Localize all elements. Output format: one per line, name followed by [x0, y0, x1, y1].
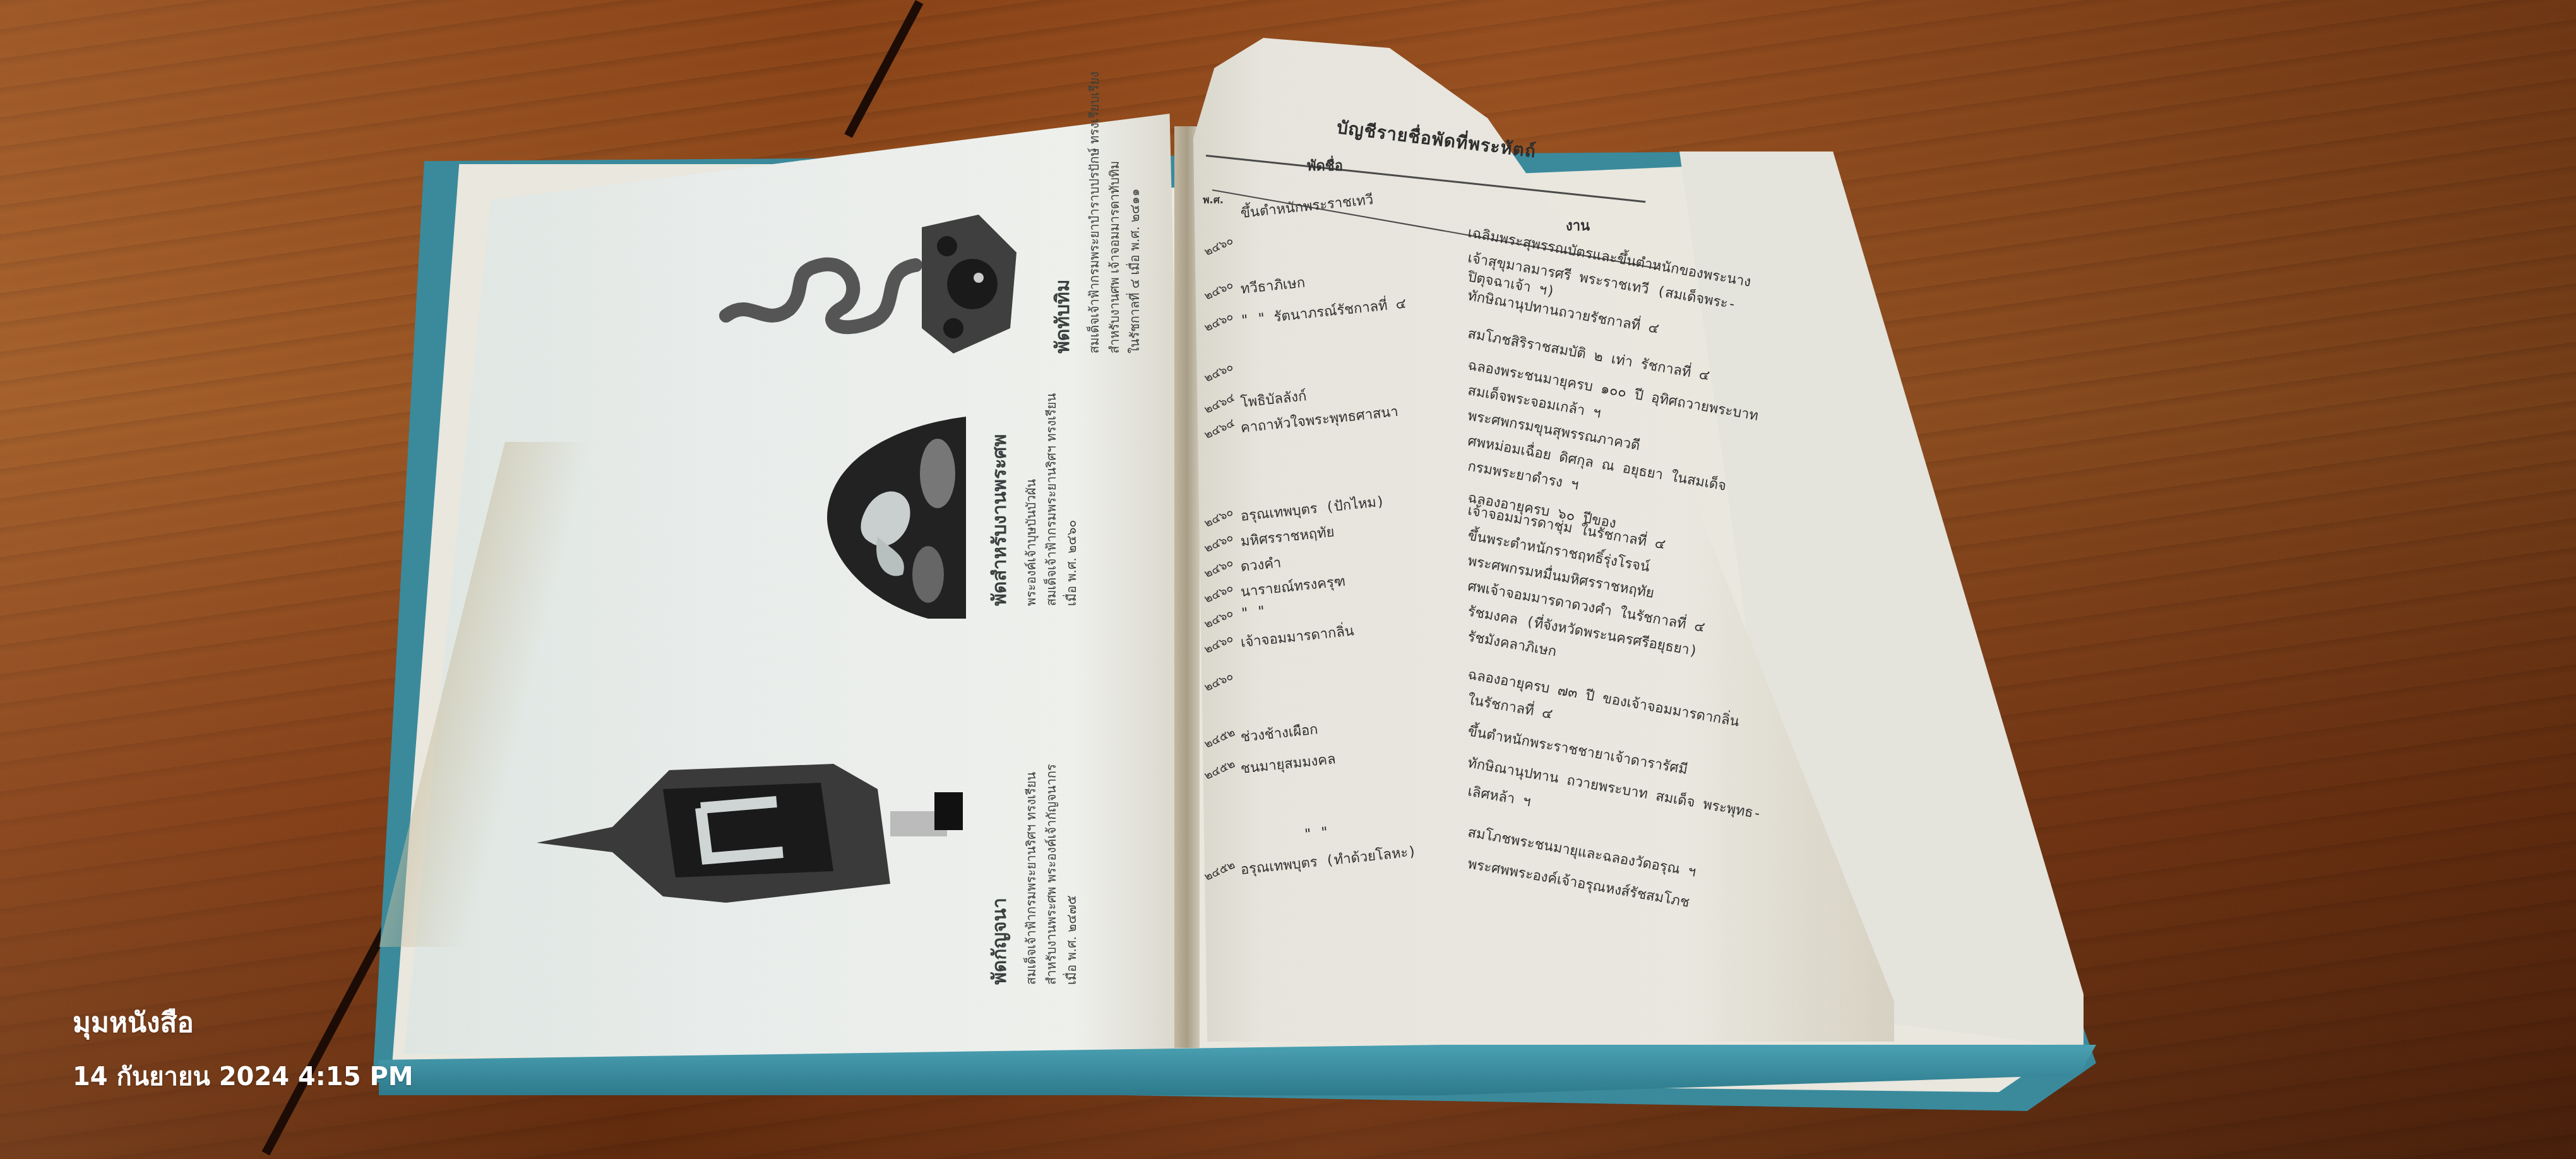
camera-watermark: มุมหนังสือ 14 กันยายน 2024 4:15 PM [73, 1001, 414, 1097]
caption-line: เมื่อ พ.ศ. ๒๔๗๕ [1061, 764, 1082, 985]
caption-line: สมเด็จเจ้าฟ้ากรมพระยานริศฯ ทรงเรียน [1041, 393, 1061, 606]
caption-line: พระองค์เจ้าบุษบันบัวผัน [1021, 393, 1041, 606]
illustration-caption: พัดทับทิม สมเด็จเจ้าฟ้ากรมพระยาบำราบปรปั… [1048, 71, 1145, 354]
column-header-event: งาน [1566, 215, 1590, 237]
illustration-caption: พัดกัญจนา สมเด็จเจ้าฟ้ากรมพระยานริศฯ ทรง… [985, 764, 1082, 985]
ornate-fan-with-gem-icon [713, 202, 1029, 366]
caption-line: สำหรับงานพระศพ พระองค์เจ้ากัญจนากร [1041, 764, 1061, 985]
caption-title: พัดทับทิม [1048, 71, 1078, 354]
caption-line: สมเด็จเจ้าฟ้ากรมพระยาบำราบปรปักษ์ ทรงเรี… [1084, 71, 1104, 354]
lotus-half-moon-fan-icon [821, 410, 979, 625]
entry-name: ดวงคำ [1239, 551, 1282, 578]
entry-name: " " [1240, 603, 1267, 622]
watermark-datetime: 14 กันยายน 2024 4:15 PM [73, 1056, 414, 1097]
caption-title: พัดกัญจนา [985, 764, 1015, 985]
watermark-title: มุมหนังสือ [73, 1001, 414, 1045]
column-header-name: พัดชื่อ [1307, 155, 1343, 177]
caption-line: ในรัชกาลที่ ๔ เมื่อ พ.ศ. ๒๔๑๑ [1124, 71, 1145, 354]
illustration-caption: พัดสำหรับงานพระศพ พระองค์เจ้าบุษบันบัวผั… [985, 393, 1082, 606]
column-header-year: พ.ศ. [1203, 193, 1224, 208]
kanchana-pointed-fan-icon [537, 751, 966, 909]
caption-line: สำหรับงานศพ เจ้าจอมมารดาทับทิม [1104, 71, 1124, 354]
caption-line: สมเด็จเจ้าฟ้ากรมพระยานริศฯ ทรงเรียน [1021, 764, 1041, 985]
caption-line: เมื่อ พ.ศ. ๒๔๖๐ [1061, 393, 1082, 606]
entry-name: " " [1303, 824, 1330, 843]
caption-title: พัดสำหรับงานพระศพ [985, 393, 1015, 606]
